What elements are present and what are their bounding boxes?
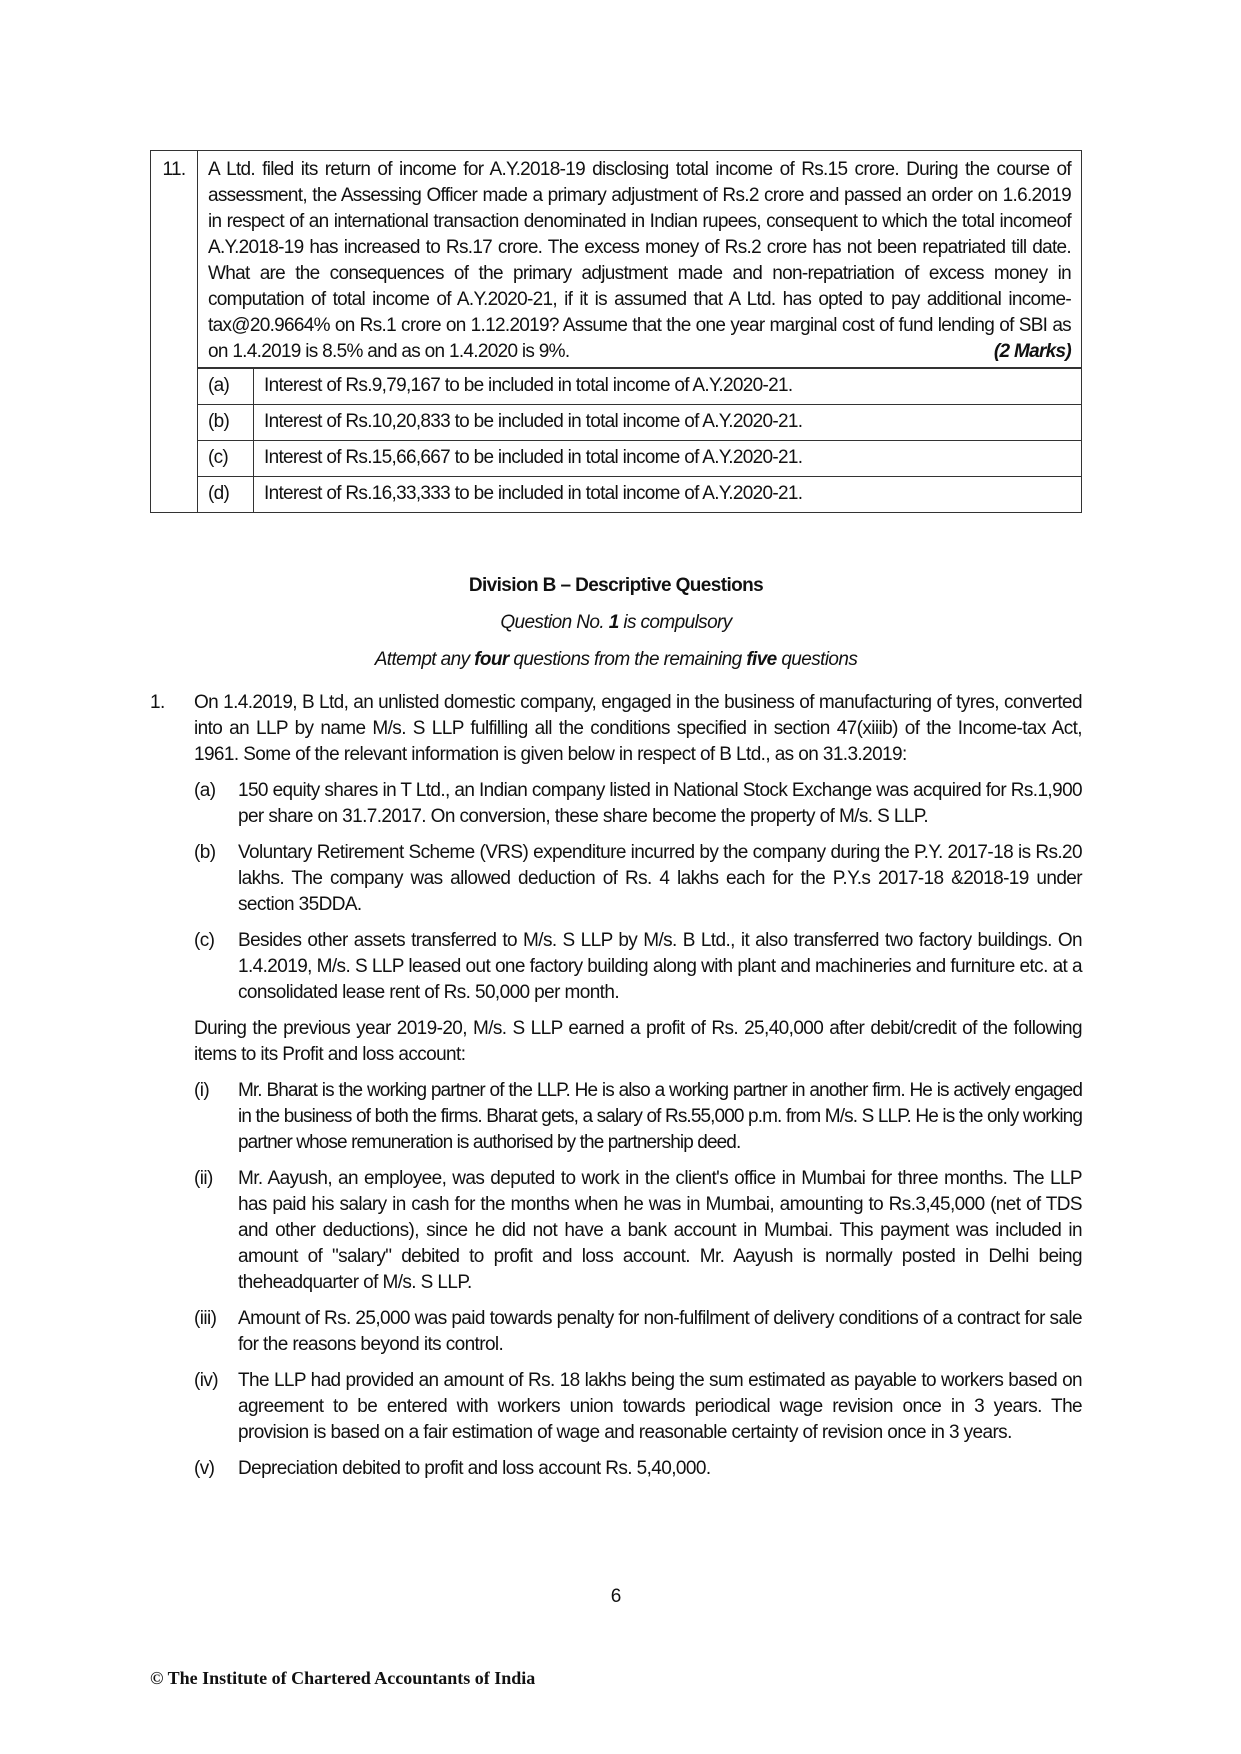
option-text: Interest of Rs.16,33,333 to be included … [254, 477, 1082, 513]
option-label: (b) [198, 405, 254, 441]
item-text: Voluntary Retirement Scheme (VRS) expend… [238, 840, 1082, 918]
item-label: (iv) [194, 1368, 218, 1394]
question-1-body: On 1.4.2019, B Ltd, an unlisted domestic… [194, 690, 1082, 1482]
question-text: A Ltd. filed its return of income for A.… [198, 151, 1082, 368]
option-text: Interest of Rs.9,79,167 to be included i… [254, 369, 1082, 405]
list-item: (i) Mr. Bharat is the working partner of… [194, 1078, 1082, 1156]
question-number: 1. [150, 690, 165, 716]
item-label: (i) [194, 1078, 209, 1104]
item-label: (v) [194, 1456, 214, 1482]
option-row: (b) Interest of Rs.10,20,833 to be inclu… [198, 405, 1081, 441]
note-text: Question No. [500, 612, 608, 633]
option-text: Interest of Rs.15,66,667 to be included … [254, 441, 1082, 477]
option-label: (c) [198, 441, 254, 477]
item-label: (c) [194, 928, 214, 954]
copyright-footer: © The Institute of Chartered Accountants… [150, 1668, 535, 1689]
item-label: (ii) [194, 1166, 213, 1192]
item-text: Mr. Bharat is the working partner of the… [238, 1078, 1082, 1156]
attempt-note: Attempt any four questions from the rema… [150, 649, 1082, 671]
item-label: (b) [194, 840, 215, 866]
question-1: 1. On 1.4.2019, B Ltd, an unlisted domes… [150, 690, 1082, 1482]
options-cell: (a) Interest of Rs.9,79,167 to be includ… [198, 368, 1082, 513]
note-bold: 1 [609, 612, 619, 633]
list-item: (iv) The LLP had provided an amount of R… [194, 1368, 1082, 1446]
list-item: (ii) Mr. Aayush, an employee, was depute… [194, 1166, 1082, 1296]
options-table: (a) Interest of Rs.9,79,167 to be includ… [198, 368, 1081, 512]
item-label: (a) [194, 778, 215, 804]
option-row: (d) Interest of Rs.16,33,333 to be inclu… [198, 477, 1081, 513]
item-label: (iii) [194, 1306, 216, 1332]
item-text: Besides other assets transferred to M/s.… [238, 928, 1082, 1006]
note-bold: five [746, 649, 776, 670]
option-label: (a) [198, 369, 254, 405]
item-text: Depreciation debited to profit and loss … [238, 1456, 1082, 1482]
list-item: (a) 150 equity shares in T Ltd., an Indi… [194, 778, 1082, 830]
note-text: Attempt any [375, 649, 474, 670]
compulsory-note: Question No. 1 is compulsory [150, 612, 1082, 634]
list-item: (v) Depreciation debited to profit and l… [194, 1456, 1082, 1482]
option-label: (d) [198, 477, 254, 513]
option-row: (a) Interest of Rs.9,79,167 to be includ… [198, 369, 1081, 405]
note-text: questions [777, 649, 858, 670]
question-number: 11. [151, 151, 198, 513]
question-intro: On 1.4.2019, B Ltd, an unlisted domestic… [194, 690, 1082, 768]
division-heading: Division B – Descriptive Questions [150, 575, 1082, 597]
item-text: The LLP had provided an amount of Rs. 18… [238, 1368, 1082, 1446]
question-body: A Ltd. filed its return of income for A.… [208, 159, 1071, 362]
option-text: Interest of Rs.10,20,833 to be included … [254, 405, 1082, 441]
note-text: questions from the remaining [509, 649, 747, 670]
item-text: Mr. Aayush, an employee, was deputed to … [238, 1166, 1082, 1296]
profit-paragraph: During the previous year 2019-20, M/s. S… [194, 1016, 1082, 1068]
question-11-table: 11. A Ltd. filed its return of income fo… [150, 150, 1082, 513]
option-row: (c) Interest of Rs.15,66,667 to be inclu… [198, 441, 1081, 477]
note-bold: four [474, 649, 509, 670]
list-item: (b) Voluntary Retirement Scheme (VRS) ex… [194, 840, 1082, 918]
item-text: Amount of Rs. 25,000 was paid towards pe… [238, 1306, 1082, 1358]
page-number: 6 [150, 1586, 1082, 1608]
item-text: 150 equity shares in T Ltd., an Indian c… [238, 778, 1082, 830]
marks-label: (2 Marks) [994, 339, 1071, 365]
list-item: (iii) Amount of Rs. 25,000 was paid towa… [194, 1306, 1082, 1358]
list-item: (c) Besides other assets transferred to … [194, 928, 1082, 1006]
note-text: is compulsory [619, 612, 732, 633]
